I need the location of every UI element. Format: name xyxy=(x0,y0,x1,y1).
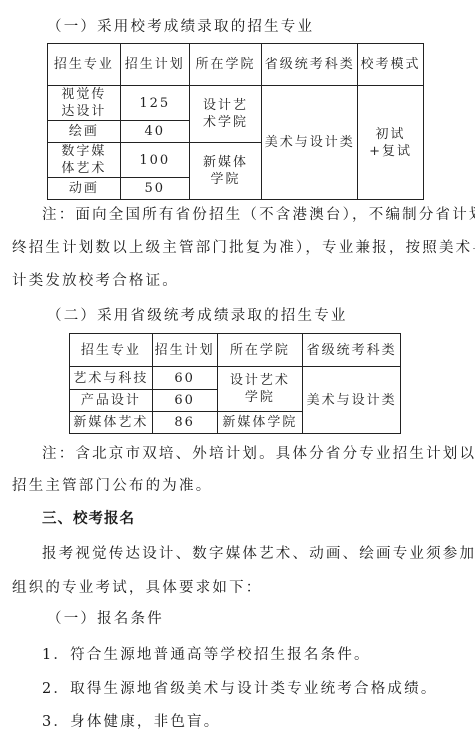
header-college: 所在学院 xyxy=(189,44,262,86)
section1-note-line: 计类发放校考合格证。 xyxy=(12,271,179,291)
cell-plan: 60 xyxy=(152,367,217,390)
cell-major: 产品设计 xyxy=(70,390,153,412)
cell-major: 艺术与科技 xyxy=(70,367,153,390)
table-provincial-exam-majors: 招生专业 招生计划 所在学院 省级统考科类 艺术与科技 60 设计艺术学院 美术… xyxy=(69,333,401,434)
cell-major: 动画 xyxy=(48,178,121,200)
section3-subheading: （一）报名条件 xyxy=(47,609,164,629)
section2-heading: （二）采用省级统考成绩录取的招生专业 xyxy=(47,306,348,326)
cell-plan: 125 xyxy=(120,86,189,121)
cell-plan: 86 xyxy=(152,412,217,434)
table-row: 视觉传达设计 125 设计艺术学院 美术与设计类 初试+复试 xyxy=(48,86,424,121)
section3-heading: 三、校考报名 xyxy=(42,509,135,529)
header-plan: 招生计划 xyxy=(120,44,189,86)
section1-note-line: 终招生计划数以上级主管部门批复为准），专业兼报，按照美术与设 xyxy=(12,238,475,258)
condition-item: 3．身体健康，非色盲。 xyxy=(42,712,220,732)
table-school-exam-majors: 招生专业 招生计划 所在学院 省级统考科类 校考模式 视觉传达设计 125 设计… xyxy=(47,43,424,200)
header-major: 招生专业 xyxy=(70,334,153,367)
cell-major: 视觉传达设计 xyxy=(48,86,121,121)
header-category: 省级统考科类 xyxy=(303,334,401,367)
table-row: 艺术与科技 60 设计艺术学院 美术与设计类 xyxy=(70,367,401,390)
header-category: 省级统考科类 xyxy=(262,44,358,86)
cell-category: 美术与设计类 xyxy=(262,86,358,200)
cell-college: 新媒体学院 xyxy=(189,143,262,200)
cell-plan: 40 xyxy=(120,121,189,143)
cell-exam-mode: 初试+复试 xyxy=(358,86,424,200)
cell-college: 设计艺术学院 xyxy=(189,86,262,143)
cell-college: 设计艺术学院 xyxy=(217,367,303,412)
cell-college: 新媒体学院 xyxy=(217,412,303,434)
cell-major: 数字媒体艺术 xyxy=(48,143,121,178)
cell-plan: 100 xyxy=(120,143,189,178)
section2-note-line: 招生主管部门公布的为准。 xyxy=(12,476,212,496)
cell-category: 美术与设计类 xyxy=(303,367,401,434)
header-major: 招生专业 xyxy=(48,44,121,86)
cell-major: 绘画 xyxy=(48,121,121,143)
header-plan: 招生计划 xyxy=(152,334,217,367)
cell-plan: 60 xyxy=(152,390,217,412)
condition-item: 1．符合生源地普通高等学校招生报名条件。 xyxy=(42,645,371,665)
condition-item: 2．取得生源地省级美术与设计类专业统考合格成绩。 xyxy=(42,679,438,699)
cell-major: 新媒体艺术 xyxy=(70,412,153,434)
section3-intro-line: 组织的专业考试，具体要求如下： xyxy=(12,578,263,598)
section2-note-line: 注：含北京市双培、外培计划。具体分省分专业招生计划以各省 xyxy=(42,444,475,464)
cell-plan: 50 xyxy=(120,178,189,200)
section1-note-line: 注：面向全国所有省份招生（不含港澳台），不编制分省计划（最 xyxy=(42,205,475,225)
header-college: 所在学院 xyxy=(217,334,303,367)
section1-heading: （一）采用校考成绩录取的招生专业 xyxy=(47,17,314,37)
header-exam-mode: 校考模式 xyxy=(358,44,424,86)
section3-intro-line: 报考视觉传达设计、数字媒体艺术、动画、绘画专业须参加我校 xyxy=(42,544,475,564)
